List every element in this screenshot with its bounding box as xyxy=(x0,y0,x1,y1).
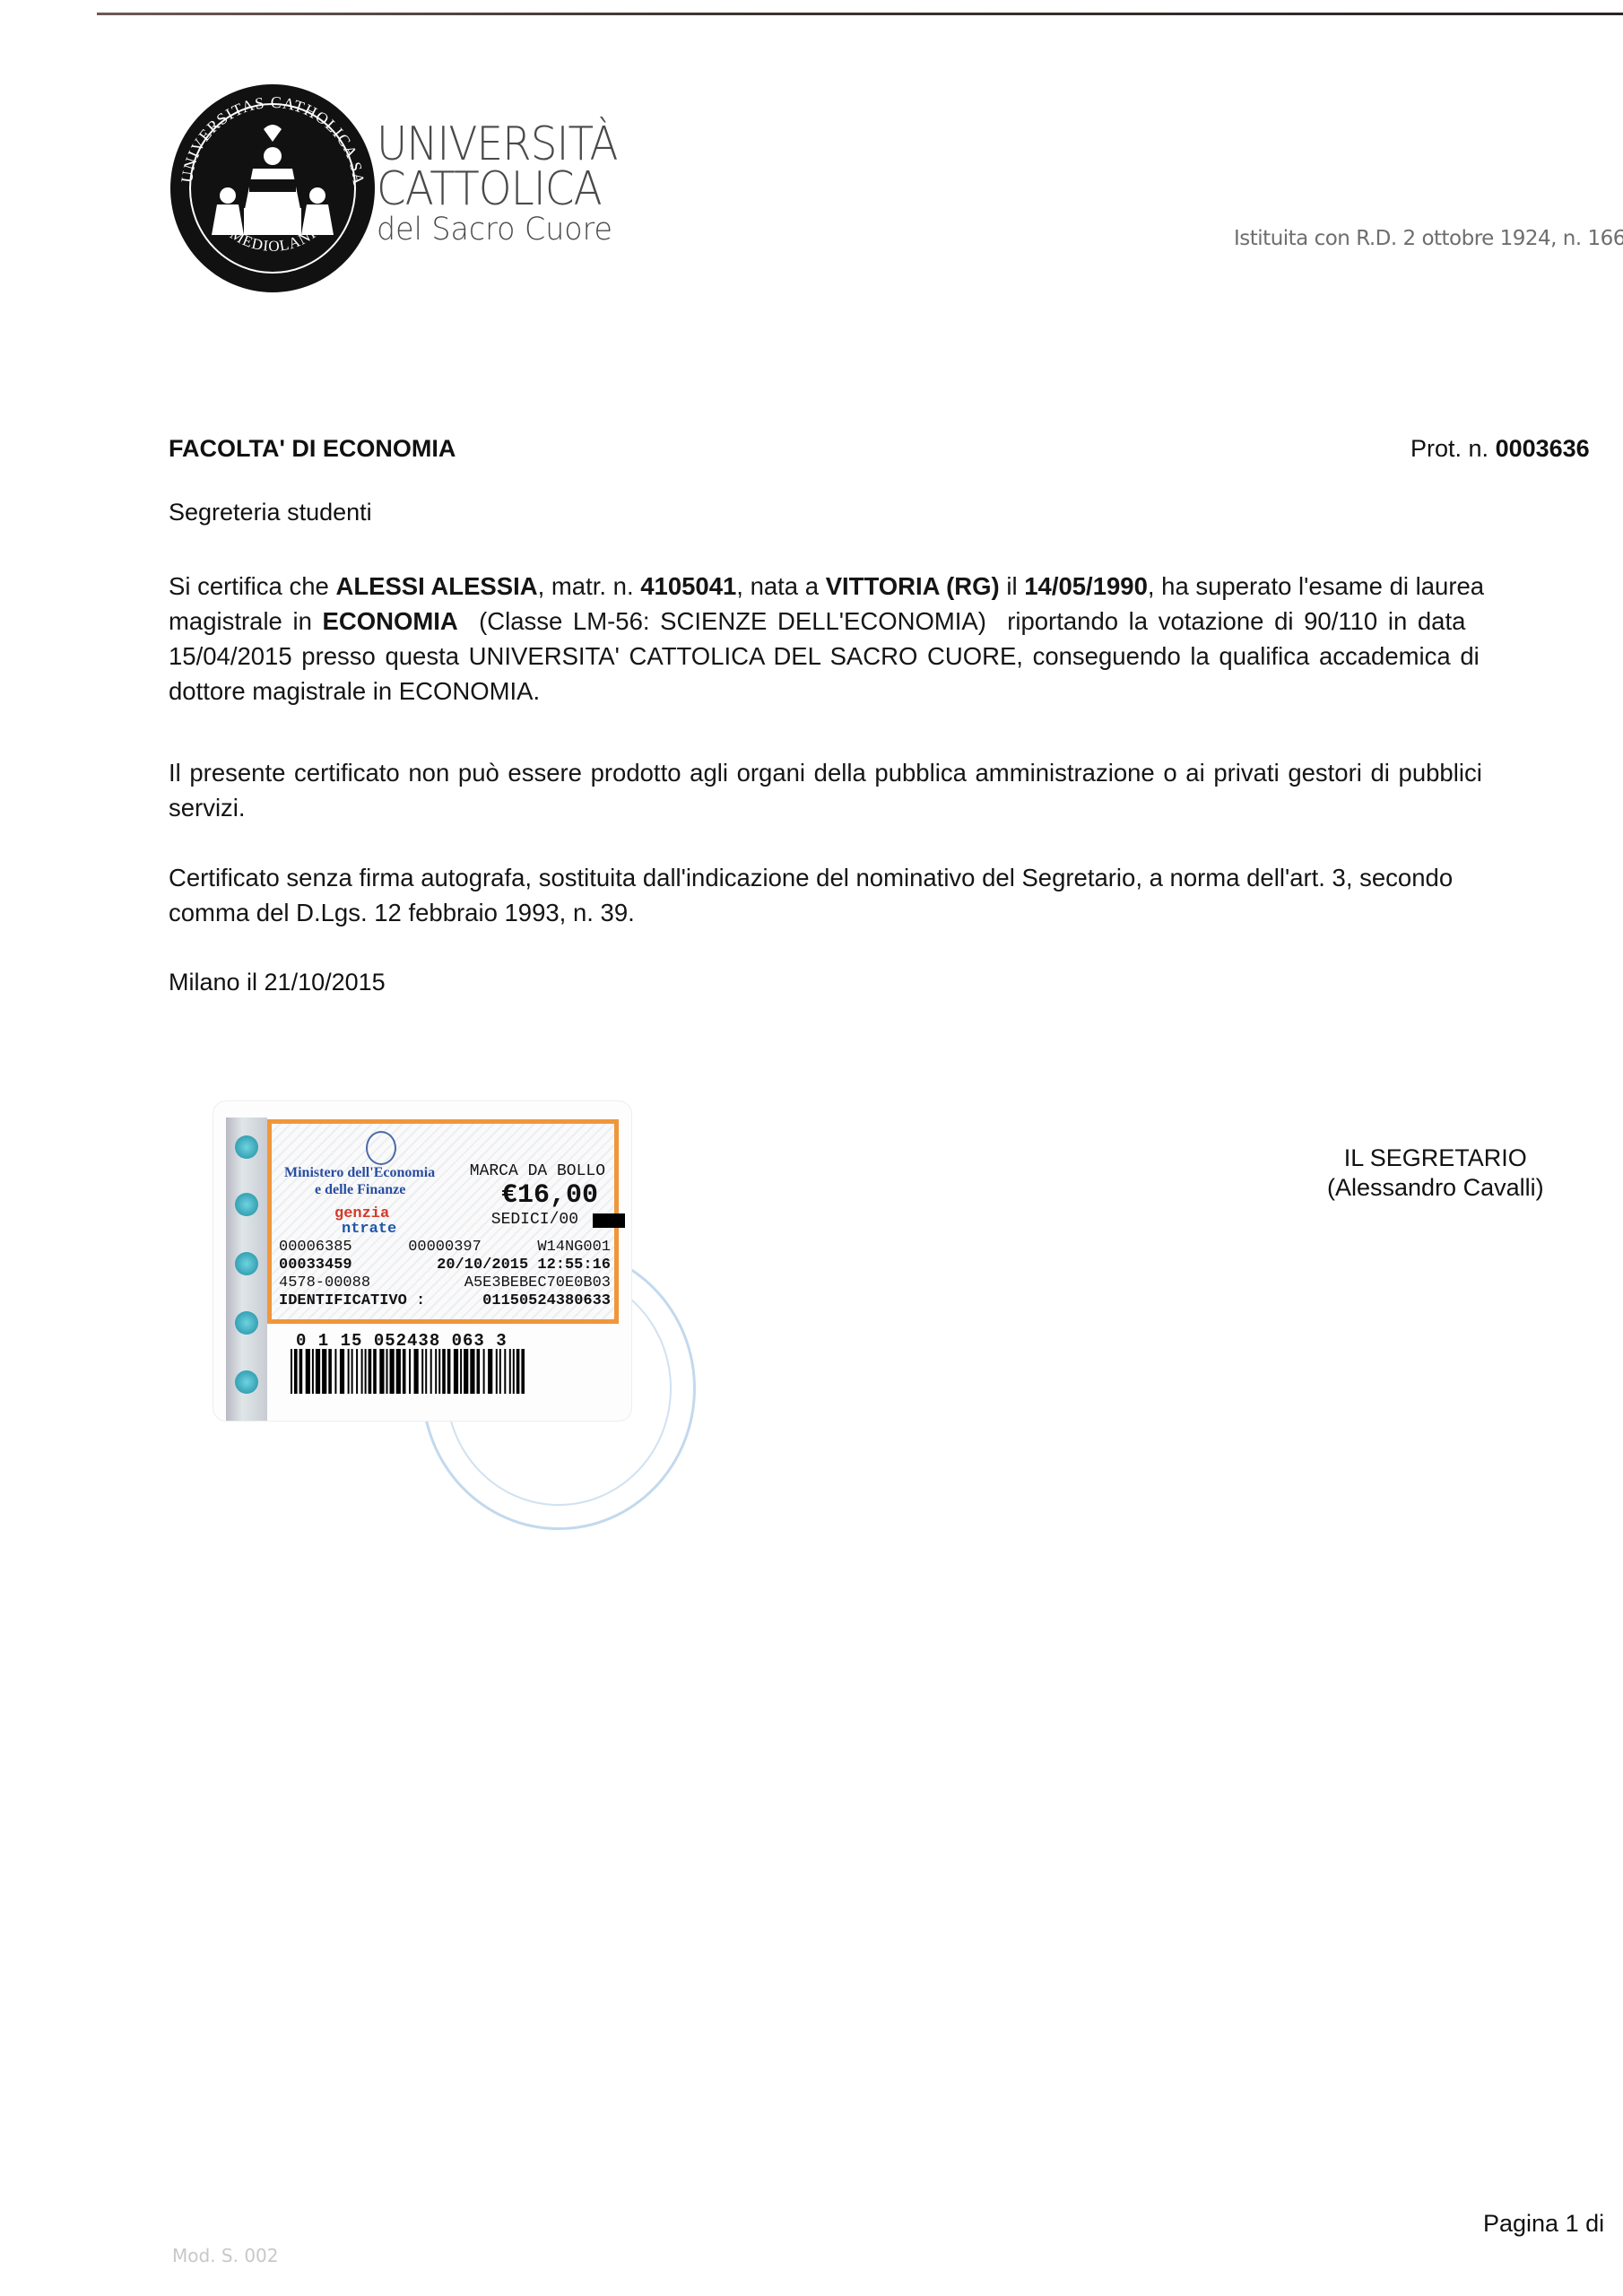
office-name: Segreteria studenti xyxy=(169,499,372,526)
degree-name: ECONOMIA xyxy=(323,607,458,635)
signer-title: IL SEGRETARIO xyxy=(1327,1144,1544,1173)
faculty-heading: FACOLTA' DI ECONOMIA xyxy=(169,435,456,463)
cert-line-1: Si certifica che ALESSI ALESSIA, matr. n… xyxy=(169,569,1484,604)
republic-emblem-icon xyxy=(366,1131,396,1165)
stamp-codes: 0000638500000397W14NG001 0003345920/10/2… xyxy=(279,1239,611,1310)
university-wordmark: UNIVERSITÀ CATTOLICA del Sacro Cuore xyxy=(377,122,645,248)
wordmark-line1: UNIVERSITÀ xyxy=(377,122,618,167)
ministry-name: Ministero dell'Economia e delle Finanze xyxy=(284,1164,435,1198)
stamp-amount-words: SEDICI/00 xyxy=(470,1210,605,1230)
revenue-stamp: Ministero dell'Economia e delle Finanze … xyxy=(213,1101,631,1421)
wordmark-line3: del Sacro Cuore xyxy=(377,212,631,248)
barcode xyxy=(291,1349,525,1394)
hologram-strip xyxy=(226,1118,267,1421)
protocol-number: Prot. n. 0003636 xyxy=(1410,435,1590,463)
agency-logo: genzia ntrate xyxy=(317,1206,396,1237)
protocol-value: 0003636 xyxy=(1496,435,1590,462)
stamp-frame: Ministero dell'Economia e delle Finanze … xyxy=(267,1119,619,1324)
top-rule xyxy=(97,13,1623,15)
form-model: Mod. S. 002 xyxy=(172,2245,279,2266)
signer-name: (Alessandro Cavalli) xyxy=(1327,1173,1544,1203)
page-number: Pagina 1 di xyxy=(1483,2210,1604,2238)
signature-note: Certificato senza firma autografa, sosti… xyxy=(169,860,1453,930)
birthdate: 14/05/1990 xyxy=(1024,572,1148,600)
cert-line-4: dottore magistrale in ECONOMIA. xyxy=(169,674,1484,709)
barcode-number: 0 1 15 052438 063 3 xyxy=(296,1331,508,1351)
usage-notice: Il presente certificato non può essere p… xyxy=(169,755,1482,825)
university-seal-logo: UNIVERSITAS CATHOLICA SACRI CORDIS JESU … xyxy=(167,83,378,294)
black-marker xyxy=(593,1213,625,1228)
cert-line-3: 15/04/2015 presso questa UNIVERSITA' CAT… xyxy=(169,639,1484,674)
cert-line-2: magistrale in ECONOMIA (Classe LM-56: SC… xyxy=(169,604,1484,639)
student-name: ALESSI ALESSIA xyxy=(335,572,537,600)
wordmark-line2: CATTOLICA xyxy=(377,167,618,212)
stamp-amount: €16,00 xyxy=(470,1181,605,1210)
certification-paragraph: Si certifica che ALESSI ALESSIA, matr. n… xyxy=(169,569,1484,709)
stamp-value: MARCA DA BOLLO €16,00 SEDICI/00 xyxy=(470,1161,605,1230)
founding-note: Istituita con R.D. 2 ottobre 1924, n. 16… xyxy=(1234,227,1623,250)
birthplace: VITTORIA (RG) xyxy=(826,572,1000,600)
student-id: 4105041 xyxy=(640,572,736,600)
signer-block: IL SEGRETARIO (Alessandro Cavalli) xyxy=(1327,1144,1544,1203)
stamp-title: MARCA DA BOLLO xyxy=(470,1161,605,1181)
place-and-date: Milano il 21/10/2015 xyxy=(169,969,386,996)
protocol-label: Prot. n. xyxy=(1410,435,1488,462)
